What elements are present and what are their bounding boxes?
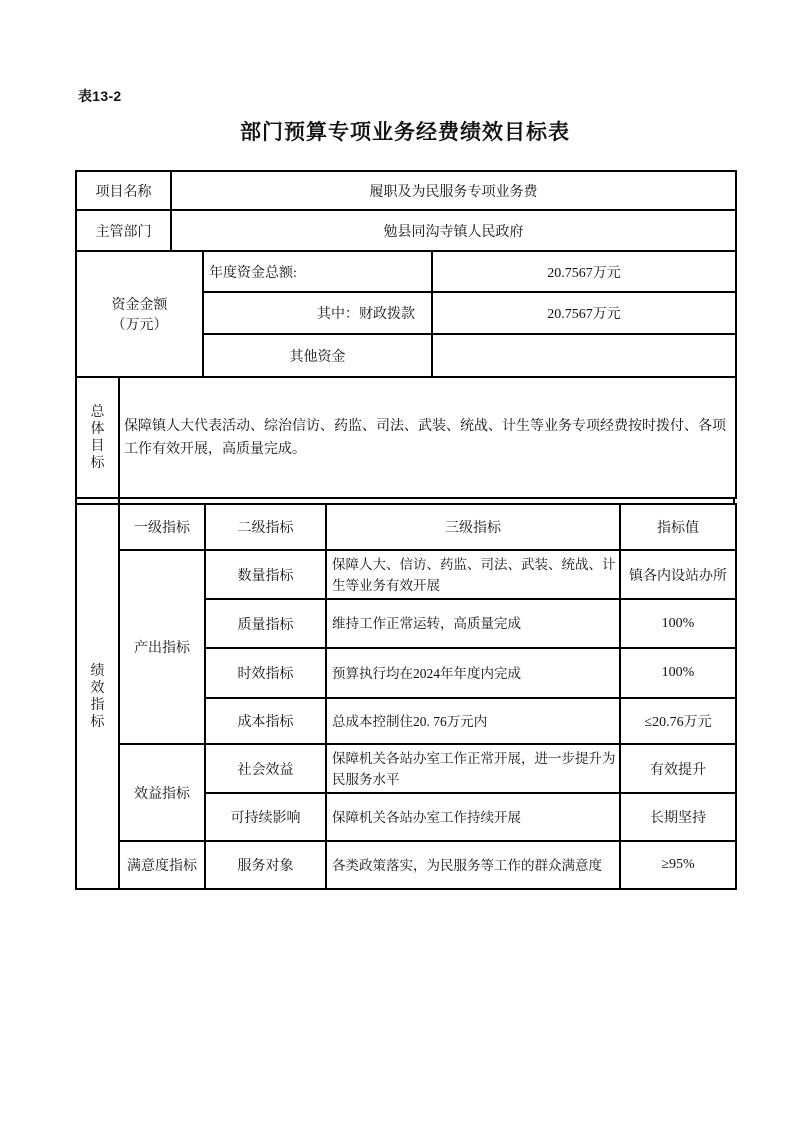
indicator-level2: 数量指标 (205, 550, 326, 599)
indicator-level3: 各类政策落实，为民服务等工作的群众满意度 (326, 841, 620, 889)
table-number-label: 表13-2 (78, 86, 122, 106)
indicator-level3: 预算执行均在2024年年度内完成 (326, 648, 620, 698)
overall-goal-label-text: 总体目标 (90, 404, 105, 472)
performance-section-label: 绩效指标 (76, 504, 119, 889)
indicator-level3: 总成本控制住20. 76万元内 (326, 698, 620, 744)
annual-total-value: 20.7567万元 (432, 251, 736, 292)
header-level2: 二级指标 (205, 504, 326, 550)
overall-goal-text: 保障镇人大代表活动、综治信访、药监、司法、武装、统战、计生等业务专项经费按时拨付… (119, 377, 736, 498)
table-row: 资金金额 （万元） 年度资金总额: 20.7567万元 (76, 251, 736, 292)
group-satisfaction-label: 满意度指标 (119, 841, 205, 889)
header-level3: 三级指标 (326, 504, 620, 550)
fiscal-allocation-value: 20.7567万元 (432, 292, 736, 334)
indicator-level3: 保障机关各站办室工作持续开展 (326, 793, 620, 841)
indicator-level2: 成本指标 (205, 698, 326, 744)
indicator-value: 长期坚持 (620, 793, 736, 841)
table-header-row: 绩效指标 一级指标 二级指标 三级指标 指标值 (76, 504, 736, 550)
fund-label-line2: （万元） (77, 314, 202, 334)
fund-label-line1: 资金金额 (77, 294, 202, 314)
header-level1: 一级指标 (119, 504, 205, 550)
indicator-level3: 保障机关各站办室工作正常开展，进一步提升为民服务水平 (326, 744, 620, 793)
indicator-level3: 保障人大、信访、药监、司法、武装、统战、计生等业务有效开展 (326, 550, 620, 599)
table-row: 效益指标 社会效益 保障机关各站办室工作正常开展，进一步提升为民服务水平 有效提… (76, 744, 736, 793)
table-row: 产出指标 数量指标 保障人大、信访、药监、司法、武装、统战、计生等业务有效开展 … (76, 550, 736, 599)
indicator-value: 100% (620, 648, 736, 698)
table-row: 项目名称 履职及为民服务专项业务费 (76, 171, 736, 210)
table-row: 主管部门 勉县同沟寺镇人民政府 (76, 210, 736, 251)
performance-section-label-text: 绩效指标 (90, 663, 105, 731)
other-funds-value (432, 334, 736, 377)
document-page: 表13-2 部门预算专项业务经费绩效目标表 项目名称 履职及为民服务专项业务费 … (0, 0, 793, 1122)
indicator-value: ≥95% (620, 841, 736, 889)
fiscal-allocation-label: 其中：财政拨款 (203, 292, 432, 334)
indicator-value: 有效提升 (620, 744, 736, 793)
header-value: 指标值 (620, 504, 736, 550)
dept-label: 主管部门 (76, 210, 171, 251)
overall-goal-label: 总体目标 (76, 377, 119, 498)
indicator-level2: 质量指标 (205, 599, 326, 648)
annual-total-label: 年度资金总额: (203, 251, 432, 292)
dept-value: 勉县同沟寺镇人民政府 (171, 210, 736, 251)
basic-info-table: 项目名称 履职及为民服务专项业务费 主管部门 勉县同沟寺镇人民政府 资金金额 （… (75, 170, 737, 499)
indicator-level2: 时效指标 (205, 648, 326, 698)
indicator-value: 100% (620, 599, 736, 648)
indicator-level2: 社会效益 (205, 744, 326, 793)
indicator-level3: 维持工作正常运转，高质量完成 (326, 599, 620, 648)
project-name-label: 项目名称 (76, 171, 171, 210)
page-title: 部门预算专项业务经费绩效目标表 (75, 116, 735, 146)
performance-indicator-table: 绩效指标 一级指标 二级指标 三级指标 指标值 产出指标 数量指标 保障人大、信… (75, 503, 737, 890)
table-row: 满意度指标 服务对象 各类政策落实，为民服务等工作的群众满意度 ≥95% (76, 841, 736, 889)
fund-amount-label: 资金金额 （万元） (76, 251, 203, 377)
indicator-level2: 服务对象 (205, 841, 326, 889)
project-name-value: 履职及为民服务专项业务费 (171, 171, 736, 210)
table-row: 总体目标 保障镇人大代表活动、综治信访、药监、司法、武装、统战、计生等业务专项经… (76, 377, 736, 498)
indicator-value: ≤20.76万元 (620, 698, 736, 744)
indicator-level2: 可持续影响 (205, 793, 326, 841)
indicator-value: 镇各内设站办所 (620, 550, 736, 599)
group-output-label: 产出指标 (119, 550, 205, 744)
group-benefit-label: 效益指标 (119, 744, 205, 841)
other-funds-label: 其他资金 (203, 334, 432, 377)
